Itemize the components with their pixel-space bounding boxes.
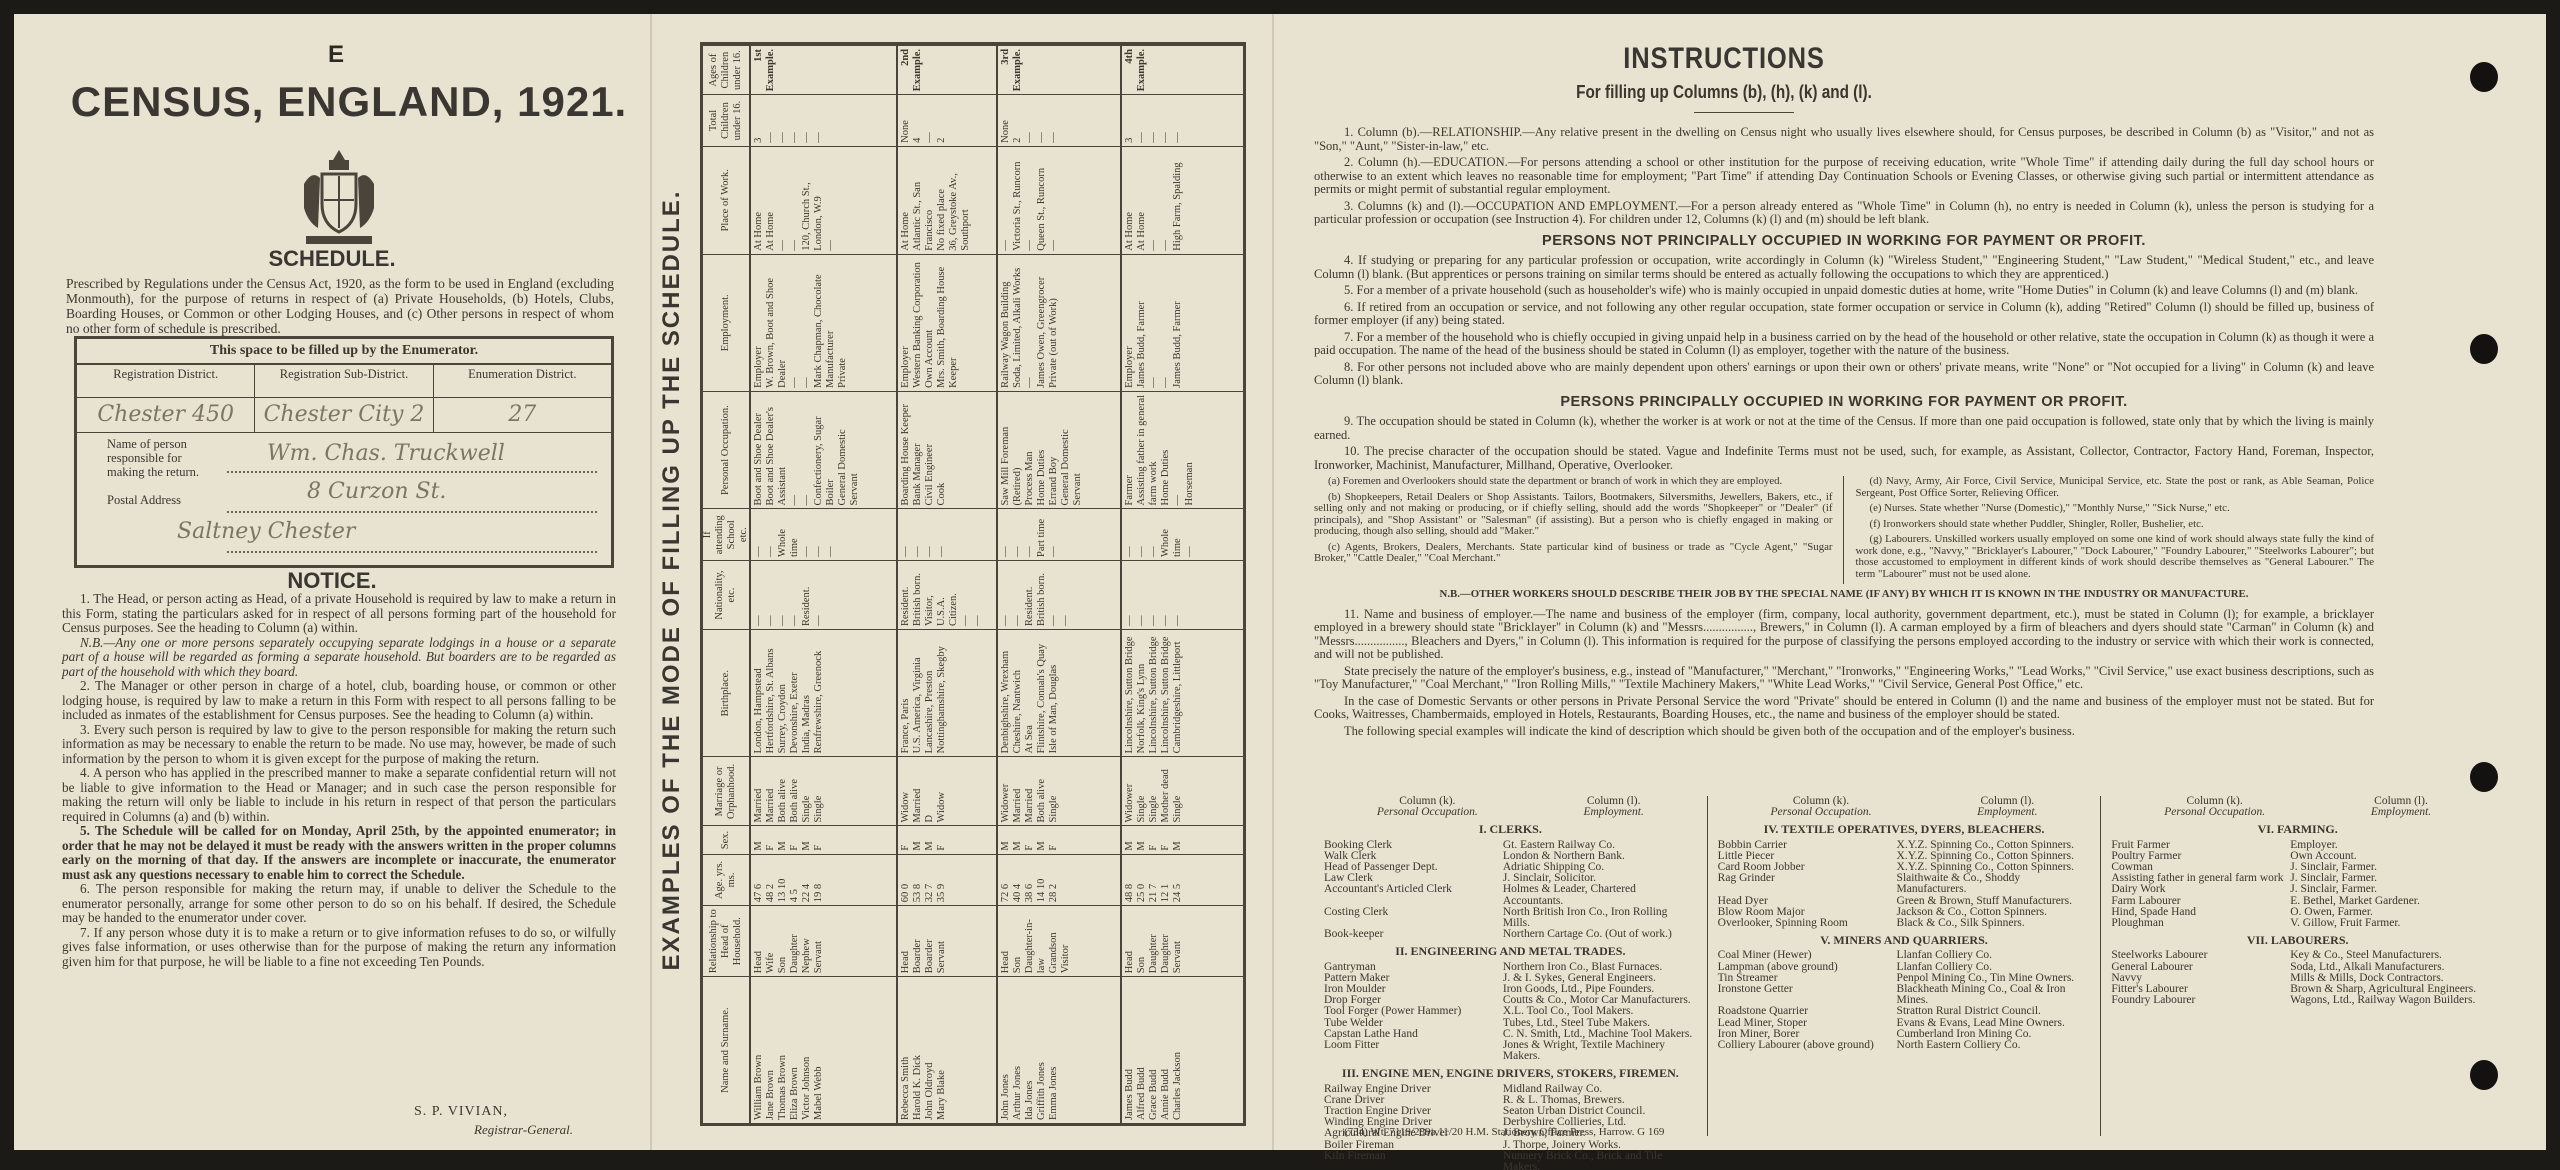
occupation: Kiln Fireman xyxy=(1324,1151,1503,1170)
table-cell: 14 10 xyxy=(1036,858,1048,903)
table-cell: 21 7 xyxy=(1148,858,1160,903)
example-group: At HomeAt Home——120, Church St., London,… xyxy=(751,147,898,254)
table-cell: Visitor xyxy=(1060,909,1072,973)
example-group: WidowerSingleSingleMother deadSingle xyxy=(1122,757,1244,825)
column-headers: Column (k).Personal Occupation.Column (l… xyxy=(1718,796,2091,818)
example-row: Rag GrinderSlaithwaite & Co., Shoddy Man… xyxy=(1718,873,2091,895)
table-cell: Boarder xyxy=(924,909,936,973)
occupation: Costing Clerk xyxy=(1324,907,1503,929)
table-cell: Married xyxy=(1012,760,1024,822)
table-cell: — xyxy=(789,564,801,626)
table-cell: Railway Wagon Building xyxy=(1000,258,1012,388)
table-cell: — xyxy=(912,512,924,557)
table-cell: M xyxy=(1172,829,1184,850)
example-group: HeadSonDaughter-in-lawGrandsonVisitor xyxy=(998,906,1122,976)
table-cell: Both alive xyxy=(777,760,789,822)
table-cell: Mark Chapman, Chocolate Manufacturer xyxy=(813,258,837,388)
punch-hole xyxy=(2470,762,2498,792)
example-group: Boot and Shoe DealerBoot and Shoe Dealer… xyxy=(751,392,898,509)
printer-footer: (734) Wt. 7119/289a 11/20 H.M. Stationer… xyxy=(1344,1126,1664,1138)
instruction-item: State precisely the nature of the employ… xyxy=(1314,665,2374,692)
table-cell: At Home xyxy=(753,150,765,251)
table-cell: F xyxy=(1160,829,1172,850)
table-cell: Married xyxy=(765,760,777,822)
table-cell: Farmer xyxy=(1124,395,1136,506)
table-cell: — xyxy=(753,512,765,557)
example-group: Resident. British born.Visitor, U.S.A. C… xyxy=(898,561,998,629)
table-cell: — xyxy=(1048,512,1060,557)
table-cell: 60 0 xyxy=(900,858,912,903)
notice-item: 5. The Schedule will be called for on Mo… xyxy=(62,824,616,882)
column-l-label: Column (l). xyxy=(2374,795,2428,807)
table-cell: 25 0 xyxy=(1136,858,1148,903)
census-title: CENSUS, ENGLAND, 1921. xyxy=(69,78,629,126)
example-row: Roadstone QuarrierStratton Rural Distric… xyxy=(1718,1006,2091,1017)
table-cell: 28 2 xyxy=(1048,858,1060,903)
table-cell: F xyxy=(813,829,825,850)
enumerator-box: This space to be filled up by the Enumer… xyxy=(74,336,614,568)
table-cell: Charles Jackson xyxy=(1172,980,1184,1120)
table-cell: M xyxy=(753,829,765,850)
table-cell: Lancashire, Preston xyxy=(924,633,936,753)
table-cell: M xyxy=(777,829,789,850)
table-cell: F xyxy=(936,829,948,850)
table-cell: Home Duties xyxy=(1160,395,1172,506)
table-cell: Mother dead xyxy=(1160,760,1172,822)
table-cell: At Sea xyxy=(1024,633,1036,753)
table-cell: John Oldroyd xyxy=(924,980,936,1120)
column-l-header: Column (l).Employment. xyxy=(1977,796,2037,818)
column-header: If attending School etc. xyxy=(703,509,751,560)
employment: X.L. Tool Co., Tool Makers. xyxy=(1503,1006,1697,1017)
table-cell: London, Hampstead xyxy=(753,633,765,753)
table-cell: — xyxy=(1136,564,1148,626)
table-cell: Hertfordshire, St. Albans xyxy=(765,633,777,753)
example-group: MFMFMF xyxy=(751,826,898,853)
table-cell: Mary Blake xyxy=(936,980,948,1120)
occupation-examples: Column (k).Personal Occupation.Column (l… xyxy=(1314,796,2494,1136)
table-cell: — xyxy=(1012,512,1024,557)
table-cell: — xyxy=(924,512,936,557)
table-cell: Single xyxy=(1136,760,1148,822)
table-cell: — xyxy=(813,98,825,143)
table-cell: M xyxy=(1000,829,1012,850)
column-k-header: Column (k).Personal Occupation. xyxy=(2164,796,2265,818)
table-cell: — xyxy=(777,98,789,143)
table-cell: 40 4 xyxy=(1012,858,1024,903)
examples-rotated-panel: EXAMPLES OF THE MODE OF FILLING UP THE S… xyxy=(652,14,1272,1150)
table-cell: 3 xyxy=(1124,98,1136,143)
column-l-label: Column (l). xyxy=(1980,795,2034,807)
column-header: Place of Work. xyxy=(703,147,751,254)
example-row: Colliery Labourer (above ground)North Ea… xyxy=(1718,1040,2091,1051)
column-header: Age. yrs. ms. xyxy=(703,855,751,906)
table-cell: 2 xyxy=(936,98,948,143)
example-group: FMMF xyxy=(898,826,998,853)
column-l-label: Column (l). xyxy=(1587,795,1641,807)
instruction-item: In the case of Domestic Servants or othe… xyxy=(1314,695,2374,722)
table-cell: 12 1 xyxy=(1160,858,1172,903)
table-cell: — xyxy=(1024,512,1036,557)
table-column: Total Children under 16.3—————None4—2Non… xyxy=(703,94,1243,146)
table-cell: 2 xyxy=(1012,98,1024,143)
dotted-line xyxy=(227,511,597,513)
table-cell: — xyxy=(801,512,813,557)
example-row: Kiln FiremanNunnery Brick Co., Brick and… xyxy=(1324,1151,1697,1170)
table-cell: — xyxy=(972,564,984,626)
example-group: 47 648 213 104 522 419 8 xyxy=(751,855,898,906)
royal-coat-of-arms-icon xyxy=(294,144,384,254)
employment: Black & Co., Silk Spinners. xyxy=(1897,918,2091,929)
table-cell: — xyxy=(1036,98,1048,143)
instruction-item: 7. For a member of the household who is … xyxy=(1314,331,2374,358)
table-cell: 13 10 xyxy=(777,858,789,903)
section-heading-not-occupied: PERSONS NOT PRINCIPALLY OCCUPIED IN WORK… xyxy=(1314,235,2374,249)
table-cell: — xyxy=(825,512,837,557)
employment: Blackheath Mining Co., Coal & Iron Mines… xyxy=(1897,984,2091,1006)
column-header: Marriage or Orphanhood. xyxy=(703,757,751,825)
table-cell: Soda, Limited, Alkali Works xyxy=(1012,258,1024,388)
column-header: Employment. xyxy=(703,255,751,391)
table-cell: Whole time xyxy=(1160,512,1184,557)
table-cell: Single xyxy=(1172,760,1184,822)
column-k-label: Column (k). xyxy=(1399,795,1455,807)
occupation-subrules: (a) Foremen and Overlookers should state… xyxy=(1314,476,2374,584)
table-cell: — xyxy=(1000,150,1012,251)
notice-item: 1. The Head, or person acting as Head, o… xyxy=(62,592,616,636)
table-cell: Rebecca Smith xyxy=(900,980,912,1120)
table-cell: Lincolnshire, Sutton Bridge xyxy=(1160,633,1172,753)
table-cell: Cheshire, Nantwich xyxy=(1012,633,1024,753)
table-cell: Arthur Jones xyxy=(1012,980,1024,1120)
employment: Jones & Wright, Textile Machinery Makers… xyxy=(1503,1040,1697,1062)
instruction-item: 8. For other persons not included above … xyxy=(1314,361,2374,388)
instructions-title: INSTRUCTIONS xyxy=(1342,42,2107,76)
example-group: EmployerJames Budd, Farmer——James Budd, … xyxy=(1122,255,1244,391)
table-cell: Daughter xyxy=(1148,909,1160,973)
subrule-item: (g) Labourers. Unskilled workers usually… xyxy=(1856,534,2375,580)
subrule-item: (c) Agents, Brokers, Dealers, Merchants.… xyxy=(1314,542,1833,565)
table-cell: James Budd xyxy=(1124,980,1136,1120)
table-cell: — xyxy=(1148,564,1160,626)
example-group: WidowerMarriedMarriedBoth aliveSingle xyxy=(998,757,1122,825)
table-column: Ages of Children under 16.1st Example.2n… xyxy=(703,45,1243,94)
table-cell: At Home xyxy=(900,150,912,251)
table-cell: Lincolnshire, Sutton Bridge xyxy=(1124,633,1136,753)
example-group: Lincolnshire, Sutton BridgeNorfolk, King… xyxy=(1122,630,1244,756)
example-row: Coal Miner (Hewer)Llanfan Colliery Co. xyxy=(1718,950,2091,961)
table-cell: — xyxy=(1000,512,1012,557)
instruction-item: 3. Columns (k) and (l).—OCCUPATION AND E… xyxy=(1314,200,2374,227)
example-group: London, HampsteadHertfordshire, St. Alba… xyxy=(751,630,898,756)
instruction-item: 1. Column (b).—RELATIONSHIP.—Any relativ… xyxy=(1314,126,2374,153)
table-cell: Own Account xyxy=(924,258,936,388)
notice-item: 3. Every such person is required by law … xyxy=(62,723,616,767)
table-cell: — xyxy=(1148,512,1160,557)
instruction-item: 11. Name and business of employer.—The n… xyxy=(1314,608,2374,662)
table-cell: — xyxy=(813,564,825,626)
table-cell: — xyxy=(1148,150,1160,251)
example-group: ————— xyxy=(1122,561,1244,629)
table-cell: Married xyxy=(912,760,924,822)
example-group: ————Resident.— xyxy=(751,561,898,629)
table-cell: — xyxy=(801,258,813,388)
registration-district-field[interactable]: Chester 450 xyxy=(77,398,255,432)
table-cell: Harold K. Dick xyxy=(912,980,924,1120)
example-group: None4—2 xyxy=(898,95,998,146)
table-column: Name and Surname.William BrownJane Brown… xyxy=(703,976,1243,1123)
punch-hole xyxy=(2470,62,2498,92)
example-row: Accountant's Articled ClerkHolmes & Lead… xyxy=(1324,884,1697,906)
table-cell: Grace Budd xyxy=(1148,980,1160,1120)
table-cell: Victor Johnson xyxy=(801,980,813,1120)
table-cell: Errand Boy xyxy=(1048,395,1060,506)
column-header: Nationality, etc. xyxy=(703,561,751,629)
punch-hole xyxy=(2470,1060,2498,1090)
example-group: 1st Example. xyxy=(751,46,898,94)
table-cell: Saw Mill Foreman (Retired) xyxy=(1000,395,1024,506)
notice-item: 6. The person responsible for making the… xyxy=(62,882,616,926)
registrar-title: Registrar-General. xyxy=(474,1122,573,1138)
occupation: Overlooker, Spinning Room xyxy=(1718,918,1897,929)
column-headers: Column (k).Personal Occupation.Column (l… xyxy=(2111,796,2484,818)
registration-subdistrict-field[interactable]: Chester City 2 xyxy=(255,398,433,432)
table-cell: Annie Budd xyxy=(1160,980,1172,1120)
table-cell: M xyxy=(1036,829,1048,850)
table-cell: 22 4 xyxy=(801,858,813,903)
example-group: France, ParisU.S. America, VirginiaLanca… xyxy=(898,630,998,756)
table-cell: 48 8 xyxy=(1124,858,1136,903)
table-cell: Single xyxy=(813,760,825,822)
table-cell: — xyxy=(801,395,813,506)
instruction-item: The following special examples will indi… xyxy=(1314,725,2374,739)
example-section-title: VI. FARMING. xyxy=(2111,824,2484,835)
responsible-person-field[interactable]: Wm. Chas. Truckwell xyxy=(267,441,505,466)
example-group: At HomeAt Home——High Farm, Spalding xyxy=(1122,147,1244,254)
table-cell: — xyxy=(1124,564,1136,626)
table-cell: — xyxy=(1148,258,1160,388)
table-cell: — xyxy=(801,98,813,143)
column-k-label: Column (k). xyxy=(1793,795,1849,807)
postal-address-line2-field[interactable]: Saltney Chester xyxy=(177,519,355,544)
employment: Llanfan Colliery Co. xyxy=(1897,950,2091,961)
table-column: If attending School etc.——Whole time————… xyxy=(703,508,1243,560)
table-cell: Private xyxy=(837,258,849,388)
table-cell: General Domestic Servant xyxy=(1060,395,1084,506)
table-cell: Both alive xyxy=(789,760,801,822)
example-group: HeadWifeSonDaughterNephewServant xyxy=(751,906,898,976)
occupation: Roadstone Quarrier xyxy=(1718,1006,1897,1017)
column-header: Ages of Children under 16. xyxy=(703,46,751,94)
table-cell: Head xyxy=(900,909,912,973)
employment: North Eastern Colliery Co. xyxy=(1897,1040,2091,1051)
table-cell: F xyxy=(1148,829,1160,850)
table-cell: Servant xyxy=(936,909,948,973)
table-cell: — xyxy=(765,564,777,626)
notice-item: 4. A person who has applied in the presc… xyxy=(62,766,616,824)
occupation: Ploughman xyxy=(2111,918,2290,929)
notice-item: 7. If any person whose duty it is to mak… xyxy=(62,926,616,970)
occupation: Book-keeper xyxy=(1324,929,1503,940)
table-cell: M xyxy=(1124,829,1136,850)
table-cell: Whole time xyxy=(777,512,801,557)
table-cell: — xyxy=(1184,512,1196,557)
example-row: Tool Forger (Power Hammer)X.L. Tool Co.,… xyxy=(1324,1006,1697,1017)
table-cell: — xyxy=(900,512,912,557)
instructions-page: INSTRUCTIONS For filling up Columns (b),… xyxy=(1274,14,2546,1150)
employment: North British Iron Co., Iron Rolling Mil… xyxy=(1503,907,1697,929)
employment: Wagons, Ltd., Railway Wagon Builders. xyxy=(2290,995,2484,1006)
schedule-heading: SCHEDULE. xyxy=(14,246,650,272)
example-row: PloughmanV. Gillow, Fruit Farmer. xyxy=(2111,918,2484,929)
table-cell: Servant xyxy=(1172,909,1184,973)
table-cell: Isle of Man, Douglas xyxy=(1048,633,1060,753)
table-cell: — xyxy=(1000,564,1012,626)
table-cell: Employer xyxy=(1124,258,1136,388)
table-cell: Son xyxy=(777,909,789,973)
table-cell: Griffith Jones xyxy=(1036,980,1048,1120)
table-cell: Head xyxy=(753,909,765,973)
notice-list: 1. The Head, or person acting as Head, o… xyxy=(62,592,616,969)
example-group: —Victoria St., Runcorn—Queen St., Runcor… xyxy=(998,147,1122,254)
instruction-item: 4. If studying or preparing for any part… xyxy=(1314,254,2374,281)
example-row: Ironstone GetterBlackheath Mining Co., C… xyxy=(1718,984,2091,1006)
example-section-title: V. MINERS AND QUARRIERS. xyxy=(1718,935,2091,946)
table-cell: Civil Engineer xyxy=(924,395,936,506)
table-cell: Wife xyxy=(765,909,777,973)
column-k-header: Column (k).Personal Occupation. xyxy=(1377,796,1478,818)
table-cell: Private (out of Work) xyxy=(1048,258,1060,388)
example-group: 48 825 021 712 124 5 xyxy=(1122,855,1244,906)
table-cell: — xyxy=(1060,564,1072,626)
subrule-item: (a) Foremen and Overlookers should state… xyxy=(1314,476,1833,488)
table-cell: Married xyxy=(1024,760,1036,822)
column-header: Relationship to Head of Household. xyxy=(703,906,751,976)
table-cell: Western Banking Corporation xyxy=(912,258,924,388)
table-cell: — xyxy=(1048,150,1060,251)
dotted-line xyxy=(227,551,597,553)
table-cell: Resident. xyxy=(801,564,813,626)
instruction-item: 2. Column (h).—EDUCATION.—For persons at… xyxy=(1314,156,2374,197)
column-k-sublabel: Personal Occupation. xyxy=(1377,807,1478,818)
table-cell: M xyxy=(924,829,936,850)
subrule-item: (b) Shopkeepers, Retail Dealers or Shop … xyxy=(1314,492,1833,538)
table-cell: Emma Jones xyxy=(1048,980,1060,1120)
table-cell: Devonshire, Exeter xyxy=(789,633,801,753)
table-cell: M xyxy=(912,829,924,850)
table-cell: 32 7 xyxy=(924,858,936,903)
table-cell: France, Paris xyxy=(900,633,912,753)
occupation: Foundry Labourer xyxy=(2111,995,2290,1006)
table-cell: 120, Church St., London, W.9 xyxy=(801,150,825,251)
table-cell: Assisting father in general farm work xyxy=(1136,395,1160,506)
example-column: Column (k).Personal Occupation.Column (l… xyxy=(1707,796,2101,1136)
table-cell: Resident. British born. xyxy=(1024,564,1048,626)
registration-subdistrict-label: Registration Sub-District. xyxy=(255,365,433,397)
table-cell: 48 2 xyxy=(765,858,777,903)
table-cell: Son xyxy=(1136,909,1148,973)
column-k-header: Column (k).Personal Occupation. xyxy=(1771,796,1872,818)
table-cell: Flintshire, Connah's Quay xyxy=(1036,633,1048,753)
table-cell: — xyxy=(777,564,789,626)
table-cell: D xyxy=(924,760,936,822)
example-group: 3rd Example. xyxy=(998,46,1122,94)
example-group: 2nd Example. xyxy=(898,46,998,94)
example-column: Column (k).Personal Occupation.Column (l… xyxy=(1314,796,1707,1136)
instruction-item: 10. The precise character of the occupat… xyxy=(1314,445,2374,472)
example-group: 3———— xyxy=(1122,95,1244,146)
occupation: Loom Fitter xyxy=(1324,1040,1503,1062)
column-header: Birthplace. xyxy=(703,630,751,756)
table-cell: Denbighshire, Wrexham xyxy=(1000,633,1012,753)
table-cell: — xyxy=(789,258,801,388)
table-cell: 36, Greystoke Av., Southport xyxy=(948,150,972,251)
table-cell: — xyxy=(1160,564,1172,626)
column-k-sublabel: Personal Occupation. xyxy=(1771,807,1872,818)
table-cell: Single xyxy=(1048,760,1060,822)
example-group: At HomeAtlantic St., San FranciscoNo fix… xyxy=(898,147,998,254)
table-cell: — xyxy=(789,98,801,143)
table-cell: Nottinghamshire, Skegby xyxy=(936,633,948,753)
column-l-sublabel: Employment. xyxy=(1977,807,2037,818)
example-group: WidowMarriedDWidow xyxy=(898,757,998,825)
table-column: Sex.MFMFMFFMMFMMFMFMMFFM xyxy=(703,825,1243,853)
column-l-header: Column (l).Employment. xyxy=(2371,796,2431,818)
example-group: James BuddAlfred BuddGrace BuddAnnie Bud… xyxy=(1122,977,1244,1123)
table-cell: Thomas Brown xyxy=(777,980,789,1120)
employment: Slaithwaite & Co., Shoddy Manufacturers. xyxy=(1897,873,2091,895)
table-cell: At Home xyxy=(765,150,777,251)
employment: Nunnery Brick Co., Brick and Tile Makers… xyxy=(1503,1151,1697,1170)
table-cell: 19 8 xyxy=(813,858,825,903)
table-cell: Servant xyxy=(813,909,825,973)
table-cell: Single xyxy=(801,760,813,822)
table-cell: M xyxy=(1136,829,1148,850)
table-cell: 35 9 xyxy=(936,858,948,903)
employment: Stratton Rural District Council. xyxy=(1897,1006,2091,1017)
subrule-item: (f) Ironworkers should state whether Pud… xyxy=(1856,519,2375,531)
instructions-body: 1. Column (b).—RELATIONSHIP.—Any relativ… xyxy=(1314,126,2374,741)
table-cell: — xyxy=(1048,564,1060,626)
table-cell: Cambridgeshire, Littleport xyxy=(1172,633,1184,753)
table-cell: — xyxy=(924,98,936,143)
example-group: EmployerWestern Banking CorporationOwn A… xyxy=(898,255,998,391)
table-cell: Cook xyxy=(936,395,948,506)
enumeration-district-field[interactable]: 27 xyxy=(434,398,611,432)
example-section-title: IV. TEXTILE OPERATIVES, DYERS, BLEACHERS… xyxy=(1718,824,2091,835)
section-heading-occupied: PERSONS PRINCIPALLY OCCUPIED IN WORKING … xyxy=(1314,396,2374,410)
occupation: Coal Miner (Hewer) xyxy=(1718,950,1897,961)
table-cell: — xyxy=(825,150,837,251)
table-cell: John Jones xyxy=(1000,980,1012,1120)
table-cell: Widow xyxy=(900,760,912,822)
table-cell: — xyxy=(813,512,825,557)
table-cell: Mrs. Smith, Boarding House Keeper xyxy=(936,258,960,388)
table-cell: 47 6 xyxy=(753,858,765,903)
table-cell: Ida Jones xyxy=(1024,980,1036,1120)
table-cell: India, Madras xyxy=(801,633,813,753)
example-group: 4th Example. xyxy=(1122,46,1244,94)
table-cell: Bank Manager xyxy=(912,395,924,506)
table-cell: — xyxy=(1160,258,1172,388)
example-group: Denbighshire, WrexhamCheshire, NantwichA… xyxy=(998,630,1122,756)
table-cell: — xyxy=(1160,150,1172,251)
table-cell: Daughter xyxy=(789,909,801,973)
postal-address-line1-field[interactable]: 8 Curzon St. xyxy=(307,479,446,504)
table-cell: No fixed place xyxy=(936,150,948,251)
table-cell: F xyxy=(789,829,801,850)
table-cell: M xyxy=(801,829,813,850)
